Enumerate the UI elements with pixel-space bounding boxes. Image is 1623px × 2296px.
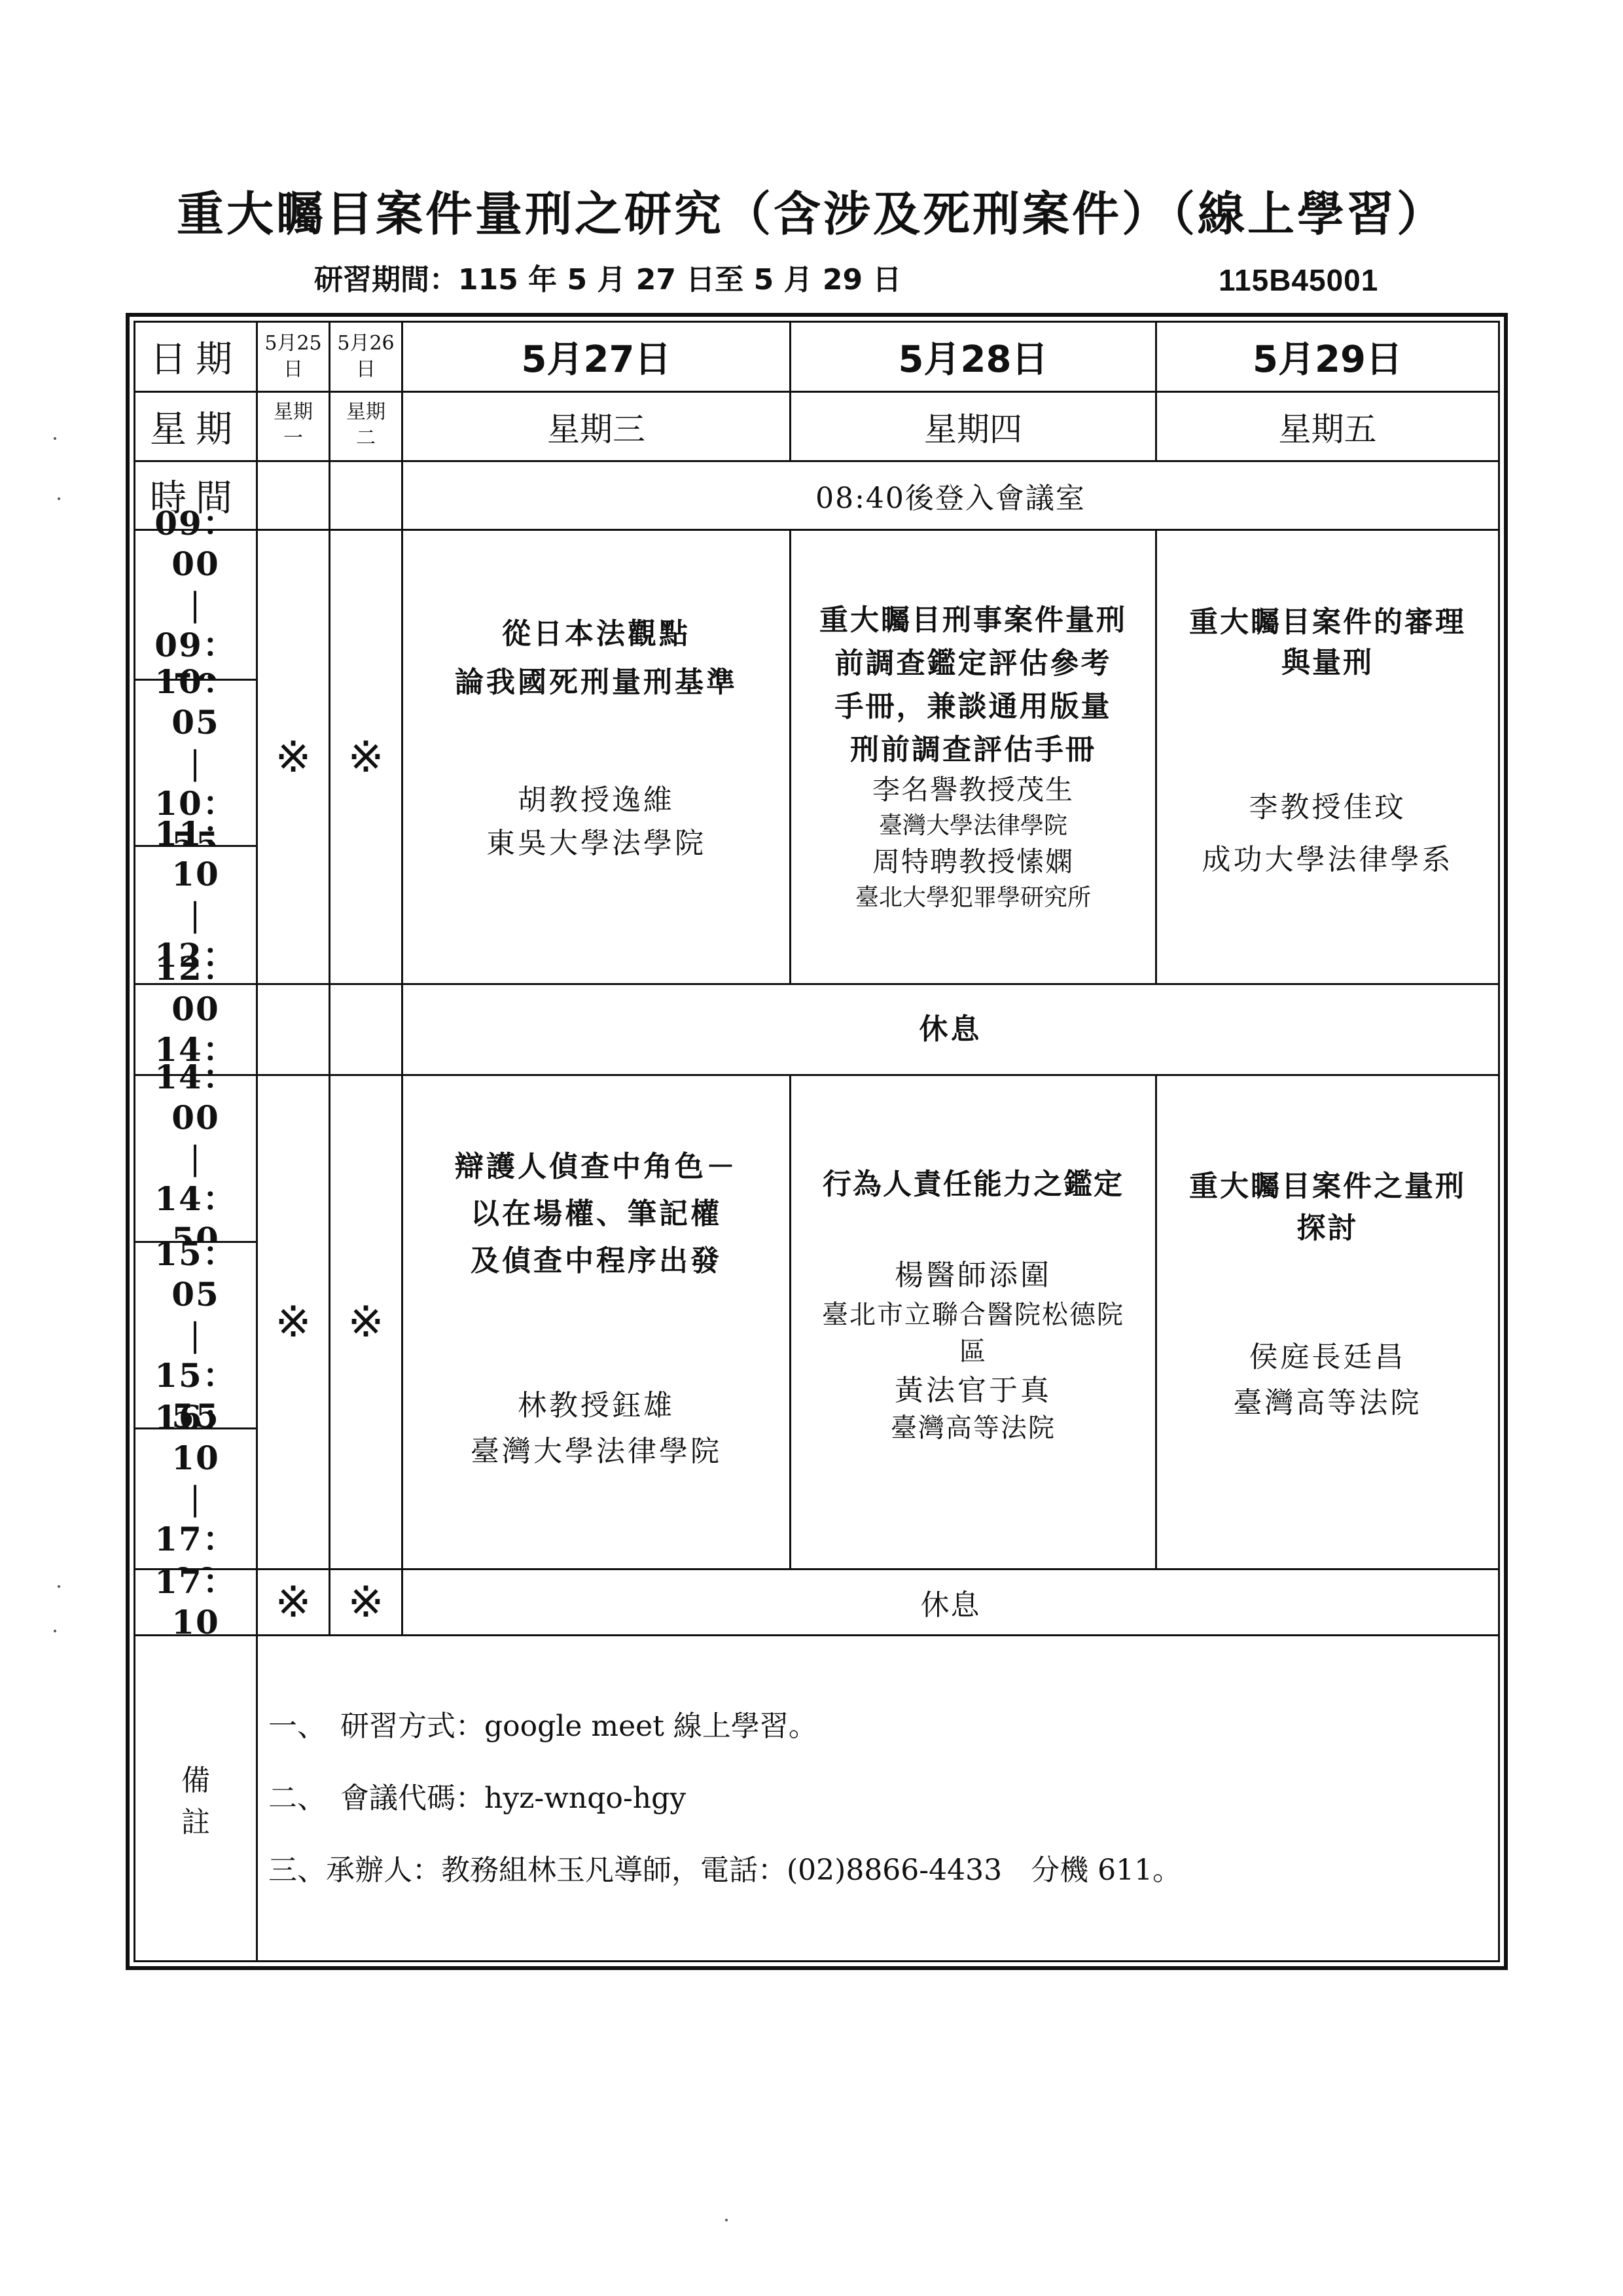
speaker-name: 林教授鈺雄 <box>518 1383 675 1429</box>
evening-mark-mon: ※ <box>256 1568 330 1636</box>
date-may29-text: 5月29日 <box>1253 331 1402 383</box>
evening-mark-tue: ※ <box>329 1568 403 1636</box>
session-topic: 辯護人偵查中角色－ 以在場權、筆記權 及偵查中程序出發 <box>455 1143 738 1285</box>
date-cell-may25: 5月25 日 <box>256 321 330 393</box>
session-topic: 重大矚目案件之量刑 探討 <box>1189 1166 1466 1249</box>
morning-mark-mon: ※ <box>256 529 330 985</box>
affiliation-line: 區 <box>822 1333 1124 1370</box>
topic-line: 重大矚目案件的審理 <box>1189 602 1466 643</box>
topic-line: 辯護人偵查中角色－ <box>455 1143 738 1191</box>
speaker-name: 黃法官于真 <box>895 1370 1052 1412</box>
time-start: 17：10 <box>135 1562 256 1643</box>
date-may25-line2: 日 <box>283 357 303 383</box>
scan-speck <box>54 1630 56 1632</box>
affiliation-line: 臺北市立聯合醫院松德院 <box>822 1297 1124 1333</box>
speaker-affiliation: 成功大學法律學系 <box>1202 834 1454 886</box>
weekday-cell-wed: 星期三 <box>401 391 791 462</box>
speaker-affiliation: 臺灣大學法律學院 <box>471 1429 722 1475</box>
speaker-affiliation: 臺北市立聯合醫院松德院 區 <box>822 1297 1124 1370</box>
session-may28-morning: 重大矚目刑事案件量刑 前調查鑑定評估參考 手冊，兼談通用版量 刑前調查評估手冊 … <box>789 529 1157 985</box>
topic-line: 論我國死刑量刑基準 <box>455 658 738 707</box>
time-slot-evening: 17：10 <box>134 1568 258 1636</box>
topic-line: 重大矚目案件之量刑 <box>1189 1166 1466 1208</box>
time-slot-afternoon-3: 16：10 | 17：00 <box>134 1427 258 1570</box>
date-cell-may29: 5月29日 <box>1155 321 1500 393</box>
note-meeting-code: 二、 會議代碼：hyz-wnqo-hgy <box>268 1763 686 1835</box>
evening-break-label: 休息 <box>921 1581 981 1623</box>
speaker-name: 侯庭長廷昌 <box>1249 1335 1406 1380</box>
reference-mark-icon: ※ <box>275 1300 311 1344</box>
reference-mark-icon: ※ <box>275 736 311 779</box>
login-notice: 08:40後登入會議室 <box>401 460 1500 531</box>
time-range-bar: | <box>190 1479 202 1519</box>
weekday-tue-line2: 二 <box>356 425 376 452</box>
document-title: 重大矚目案件量刑之研究（含涉及死刑案件）（線上學習） <box>0 185 1623 243</box>
time-start: 11：10 <box>135 814 256 895</box>
weekday-wed-text: 星期三 <box>547 403 645 450</box>
note-contact: 三、承辦人：教務組林玉凡導師，電話：(02)8866-4433 分機 611。 <box>268 1835 1181 1907</box>
weekday-fri-text: 星期五 <box>1279 403 1377 450</box>
date-cell-may28: 5月28日 <box>789 321 1157 393</box>
course-code: 115B45001 <box>1219 260 1378 300</box>
lunch-cell-tue-empty <box>329 983 403 1076</box>
weekday-tue-line1: 星期 <box>346 399 385 425</box>
date-cell-may27: 5月27日 <box>401 321 791 393</box>
scan-speck <box>58 1585 60 1588</box>
session-topic: 行為人責任能力之鑑定 <box>823 1160 1124 1209</box>
row-label-weekday: 星期 <box>134 391 258 462</box>
time-range-bar: | <box>190 743 202 783</box>
date-cell-may26: 5月26 日 <box>329 321 403 393</box>
topic-line: 手冊，兼談通用版量 <box>819 685 1127 728</box>
login-notice-text: 08:40後登入會議室 <box>815 475 1086 516</box>
time-start: 10：05 <box>135 662 256 743</box>
speaker-affiliation: 臺灣高等法院 <box>1234 1380 1422 1426</box>
reference-mark-icon: ※ <box>275 1581 311 1624</box>
speaker-name: 周特聘教授愫嫻 <box>872 844 1074 880</box>
time-slot-morning-1: 09：00 | 09：50 <box>134 529 258 681</box>
training-period: 研習期間：115 年 5 月 27 日至 5 月 29 日 <box>314 260 901 300</box>
reference-mark-icon: ※ <box>348 1581 383 1624</box>
evening-break: 休息 <box>401 1568 1500 1636</box>
scan-speck <box>725 2219 728 2221</box>
time-start: 14：00 <box>135 1057 256 1138</box>
time-start: 09：00 <box>135 503 256 584</box>
time-slot-afternoon-1: 14：00 | 14：50 <box>134 1074 258 1243</box>
row-label-date-text: 日期 <box>150 331 241 383</box>
speaker-name: 楊醫師添圍 <box>895 1255 1052 1297</box>
date-may27-text: 5月27日 <box>522 331 671 383</box>
topic-line: 以在場權、筆記權 <box>455 1191 738 1238</box>
notes-content: 一、 研習方式：google meet 線上學習。 二、 會議代碼：hyz-wn… <box>256 1634 1500 1962</box>
weekday-cell-tue: 星期 二 <box>329 391 403 462</box>
scan-speck <box>54 437 56 440</box>
weekday-mon-line1: 星期 <box>274 399 313 425</box>
afternoon-mark-mon: ※ <box>256 1074 330 1570</box>
notes-label-cell: 備註 <box>134 1634 258 1962</box>
speaker-affiliation: 臺灣大學法律學院 <box>879 808 1067 844</box>
lunch-break-label: 休息 <box>919 1005 982 1054</box>
session-may28-afternoon: 行為人責任能力之鑑定 楊醫師添圍 臺北市立聯合醫院松德院 區 黃法官于真 臺灣高… <box>789 1074 1157 1570</box>
weekday-cell-fri: 星期五 <box>1155 391 1500 462</box>
weekday-cell-thu: 星期四 <box>789 391 1157 462</box>
scan-speck <box>58 497 60 500</box>
morning-mark-tue: ※ <box>329 529 403 985</box>
note-training-method: 一、 研習方式：google meet 線上學習。 <box>268 1691 817 1763</box>
session-may29-morning: 重大矚目案件的審理 與量刑 李教授佳玟 成功大學法律學系 <box>1155 529 1500 985</box>
speaker-affiliation: 臺灣高等法院 <box>891 1412 1056 1444</box>
lunch-cell-mon-empty <box>256 983 330 1076</box>
topic-line: 刑前調查評估手冊 <box>819 728 1127 772</box>
speaker-affiliation: 東吳大學法學院 <box>486 822 706 865</box>
speaker-affiliation: 臺北大學犯罪學研究所 <box>855 880 1091 916</box>
session-topic: 重大矚目案件的審理 與量刑 <box>1189 602 1466 683</box>
lunch-break: 休息 <box>401 983 1500 1076</box>
topic-line: 探討 <box>1189 1208 1466 1249</box>
time-range-bar: | <box>190 1138 202 1179</box>
weekday-cell-mon: 星期 一 <box>256 391 330 462</box>
weekday-thu-text: 星期四 <box>924 403 1022 450</box>
time-start: 15：05 <box>135 1234 256 1315</box>
topic-line: 從日本法觀點 <box>455 610 738 658</box>
session-topic: 重大矚目刑事案件量刑 前調查鑑定評估參考 手冊，兼談通用版量 刑前調查評估手冊 <box>819 599 1127 772</box>
row-label-date: 日期 <box>134 321 258 393</box>
session-may27-morning: 從日本法觀點 論我國死刑量刑基準 胡教授逸維 東吳大學法學院 <box>401 529 791 985</box>
speaker-name: 李教授佳玟 <box>1249 781 1406 834</box>
date-may26-line1: 5月26 <box>337 331 394 357</box>
date-may25-line1: 5月25 <box>264 331 321 357</box>
topic-line: 重大矚目刑事案件量刑 <box>819 599 1127 642</box>
weekday-mon-line2: 一 <box>283 425 303 452</box>
topic-line: 行為人責任能力之鑑定 <box>823 1160 1124 1209</box>
date-may28-text: 5月28日 <box>899 331 1048 383</box>
time-range-bar: | <box>190 1315 202 1355</box>
time-cell-tue-empty <box>329 460 403 531</box>
session-may27-afternoon: 辯護人偵查中角色－ 以在場權、筆記權 及偵查中程序出發 林教授鈺雄 臺灣大學法律… <box>401 1074 791 1570</box>
speaker-name: 李名譽教授茂生 <box>872 772 1074 808</box>
row-label-weekday-text: 星期 <box>150 401 241 453</box>
speaker-name: 胡教授逸維 <box>518 779 675 822</box>
date-may26-line2: 日 <box>356 357 376 383</box>
reference-mark-icon: ※ <box>348 736 383 779</box>
time-cell-mon-empty <box>256 460 330 531</box>
topic-line: 前調查鑑定評估參考 <box>819 642 1127 685</box>
time-start: 16：10 <box>135 1397 256 1479</box>
session-may29-afternoon: 重大矚目案件之量刑 探討 侯庭長廷昌 臺灣高等法院 <box>1155 1074 1500 1570</box>
topic-line: 與量刑 <box>1189 643 1466 683</box>
time-range-bar: | <box>190 584 202 625</box>
notes-label: 備註 <box>135 1757 256 1840</box>
session-topic: 從日本法觀點 論我國死刑量刑基準 <box>455 610 738 707</box>
time-range-bar: | <box>190 895 202 935</box>
time-start: 12：00 <box>135 948 256 1030</box>
topic-line: 及偵查中程序出發 <box>455 1238 738 1285</box>
reference-mark-icon: ※ <box>348 1300 383 1344</box>
afternoon-mark-tue: ※ <box>329 1074 403 1570</box>
